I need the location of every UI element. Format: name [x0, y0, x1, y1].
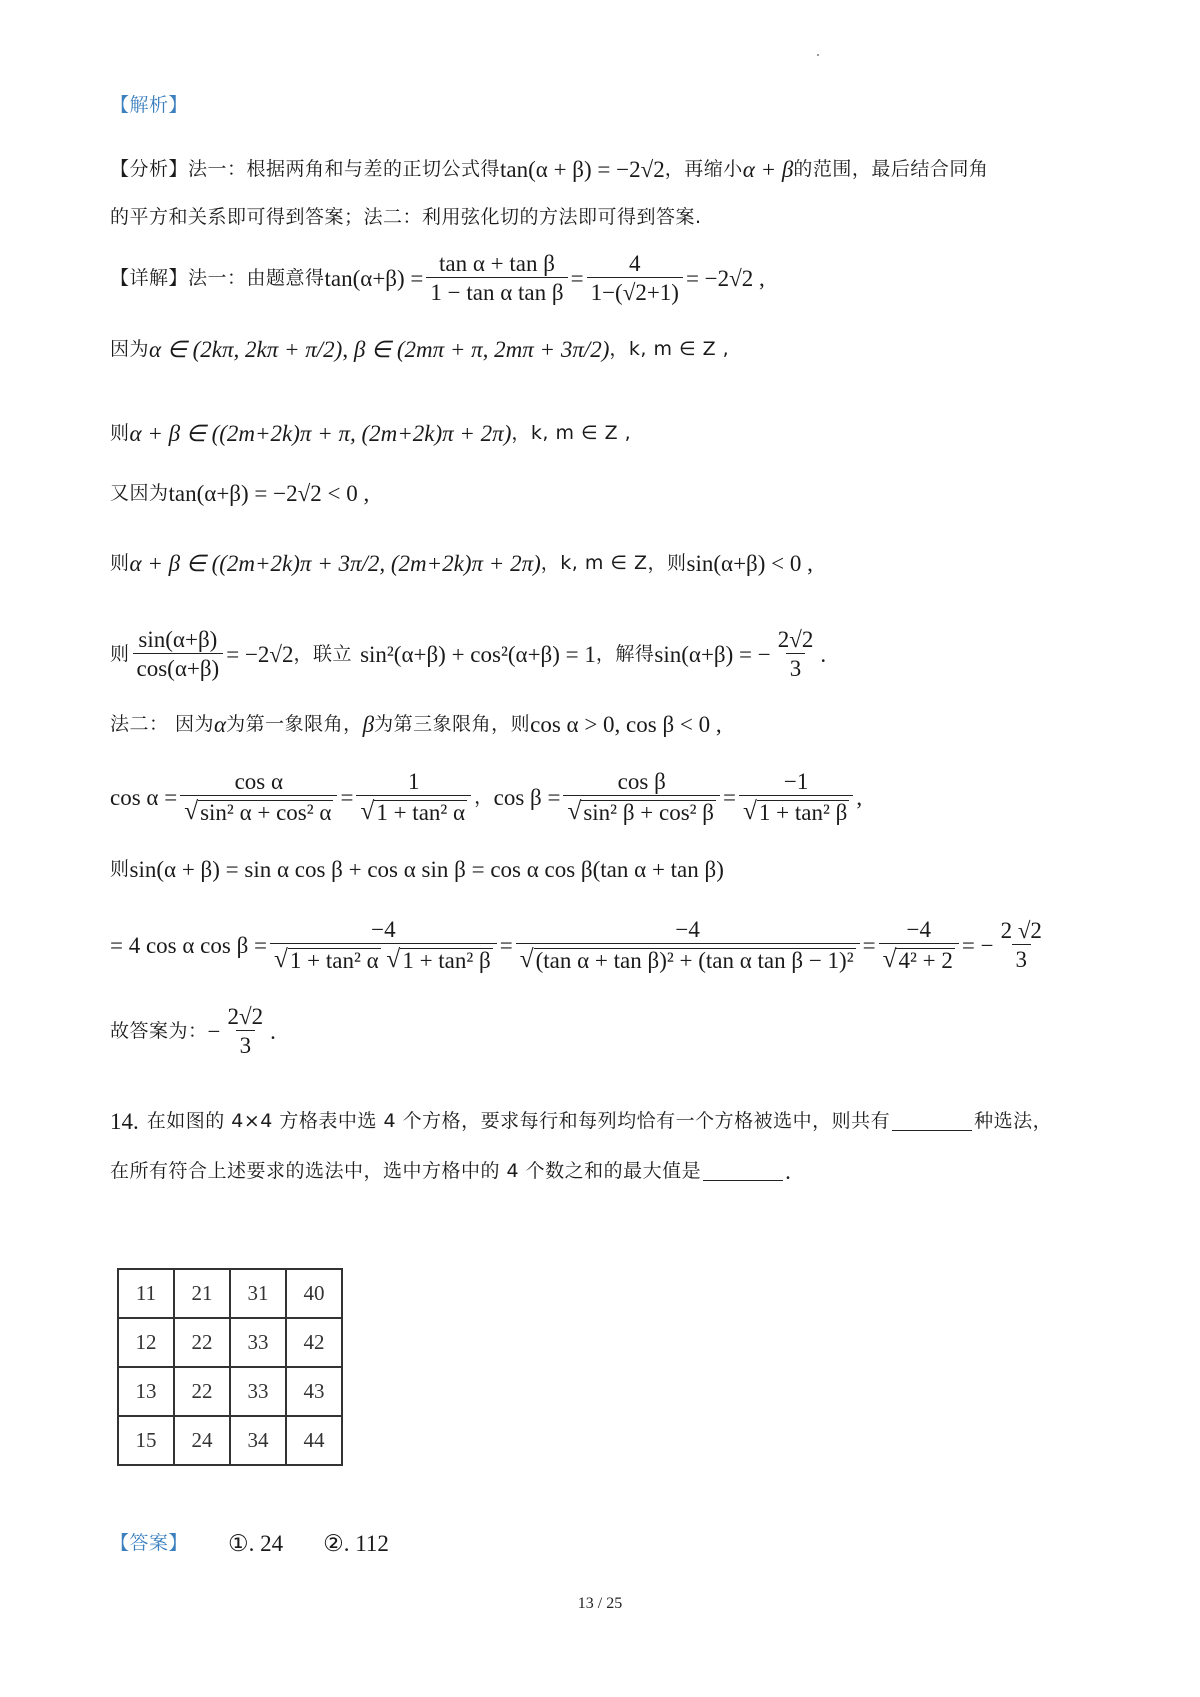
fraction: 4 1−(√2+1): [587, 252, 683, 304]
fenxi-label: 【分析】: [110, 160, 188, 179]
grid-cell: 24: [174, 1416, 230, 1465]
analysis-section-header: 【解析】: [110, 96, 188, 115]
grid-cell: 40: [286, 1269, 342, 1318]
tan-sum-expression: tan(α + β) = −2√2: [500, 158, 665, 181]
grid-cell: 42: [286, 1318, 342, 1367]
cos-expressions: cos α = cos α √sin² α + cos² α = 1 √1 + …: [110, 770, 862, 824]
fraction: 2√2 3: [224, 1005, 268, 1057]
fraction: cos β √sin² β + cos² β: [563, 770, 720, 824]
grid-cell: 44: [286, 1416, 342, 1465]
conclusion: 故答案为： − 2√2 3 .: [110, 1005, 276, 1057]
detail-sum-range: 则 α + β ∈ ((2m+2k)π + π, (2m+2k)π + 2π) …: [110, 422, 631, 445]
grid-cell: 31: [230, 1269, 286, 1318]
detail-tan-formula: 【详解】 法一：由题意得 tan(α+β) = tan α + tan β 1 …: [110, 252, 765, 304]
answer-label: 【答案】: [110, 1534, 188, 1553]
analysis-line-1: 【分析】 法一：根据两角和与差的正切公式得 tan(α + β) = −2√2 …: [110, 158, 988, 181]
grid-row: 13 22 33 43: [118, 1367, 342, 1416]
fraction: −4 √(tan α + tan β)² + (tan α tan β − 1)…: [516, 918, 860, 972]
fraction: cos α √sin² α + cos² α: [180, 770, 337, 824]
grid-cell: 33: [230, 1318, 286, 1367]
grid-cell: 21: [174, 1269, 230, 1318]
grid-cell: 33: [230, 1367, 286, 1416]
grid-row: 12 22 33 42: [118, 1318, 342, 1367]
number-grid-4x4: 11 21 31 40 12 22 33 42 13 22 33 43 15 2…: [117, 1268, 343, 1466]
grid-cell: 22: [174, 1318, 230, 1367]
grid-cell: 15: [118, 1416, 174, 1465]
answer-blank-1[interactable]: [892, 1112, 972, 1131]
fraction: sin(α+β) cos(α+β): [133, 628, 224, 680]
fraction: 1 √1 + tan² α: [356, 770, 471, 824]
grid-cell: 12: [118, 1318, 174, 1367]
fraction: −4 √4² + 2: [879, 918, 959, 972]
method2-intro: 法二： 因为 α 为第一象限角， β 为第三象限角，则 cos α > 0, c…: [110, 713, 722, 736]
scan-dot: [817, 54, 819, 56]
fraction: 2 √2 3: [997, 919, 1046, 971]
final-chain: = 4 cos α cos β = −4 √1 + tan² α √1 + ta…: [110, 918, 1049, 972]
grid-row: 15 24 34 44: [118, 1416, 342, 1465]
detail-refined-range: 则 α + β ∈ ((2m+2k)π + 3π/2, (2m+2k)π + 2…: [110, 552, 813, 575]
detail-because-range: 因为 α ∈ (2kπ, 2kπ + π/2) , β ∈ (2mπ + π, …: [110, 338, 729, 361]
fraction: −4 √1 + tan² α √1 + tan² β: [270, 918, 497, 972]
detail-tan-negative: 又因为 tan(α+β) = −2√2 < 0 ,: [110, 482, 369, 505]
page-number: 13 / 25: [0, 1595, 1200, 1613]
analysis-label: 【解析】: [110, 96, 188, 115]
answer-line: 【答案】 ①. 24 ②. 112: [110, 1532, 389, 1555]
grid-cell: 11: [118, 1269, 174, 1318]
answer-part-1: ①. 24: [228, 1532, 283, 1555]
question-14-line-2: 在所有符合上述要求的选法中，选中方格中的 4 个数之和的最大值是 .: [110, 1160, 791, 1183]
grid-cell: 13: [118, 1367, 174, 1416]
answer-blank-2[interactable]: [703, 1162, 783, 1181]
grid-cell: 43: [286, 1367, 342, 1416]
sin-expansion: 则 sin(α + β) = sin α cos β + cos α sin β…: [110, 858, 724, 881]
grid-row: 11 21 31 40: [118, 1269, 342, 1318]
analysis-line-2: 的平方和关系即可得到答案；法二：利用弦化切的方法即可得到答案.: [110, 208, 702, 227]
detail-solve-sin: 则 sin(α+β) cos(α+β) = −2√2 ，联立 sin²(α+β)…: [110, 628, 826, 680]
fraction: tan α + tan β 1 − tan α tan β: [426, 252, 567, 304]
question-14-line-1: 14. 在如图的 4×4 方格表中选 4 个方格，要求每行和每列均恰有一个方格被…: [110, 1110, 1052, 1133]
xiangjie-label: 【详解】: [110, 269, 188, 288]
document-page: 【解析】 【分析】 法一：根据两角和与差的正切公式得 tan(α + β) = …: [0, 0, 1200, 1697]
fraction: −1 √1 + tan² β: [739, 770, 853, 824]
grid-cell: 34: [230, 1416, 286, 1465]
grid-cell: 22: [174, 1367, 230, 1416]
answer-part-2: ②. 112: [323, 1532, 389, 1555]
fraction: 2√2 3: [774, 628, 818, 680]
